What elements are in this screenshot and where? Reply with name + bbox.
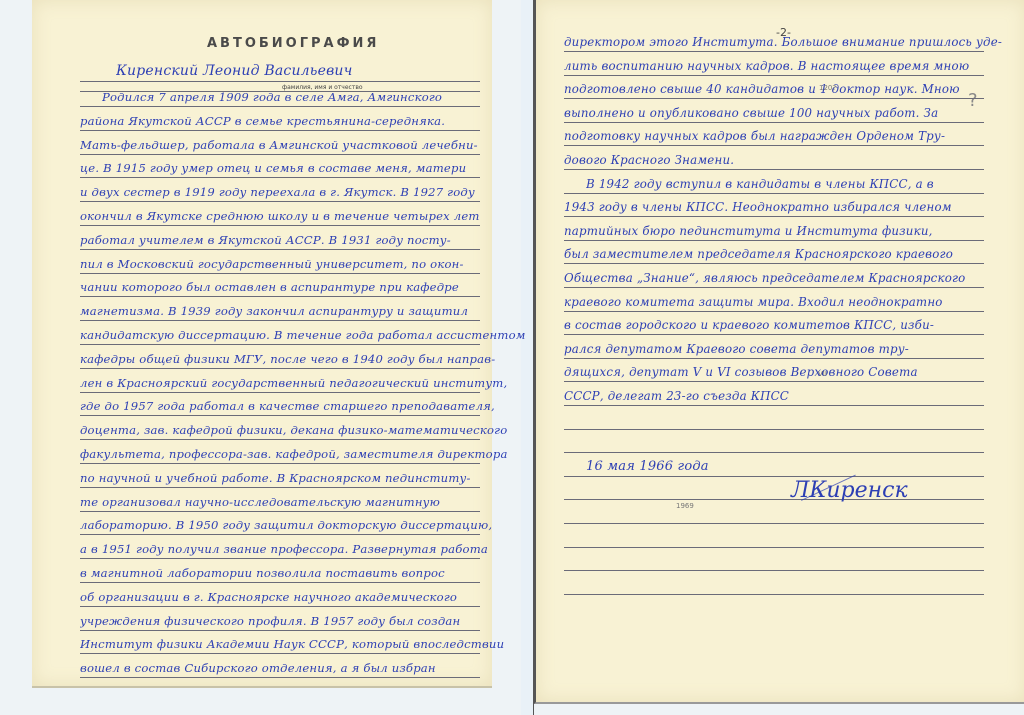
ruled-line: магнетизма. В 1939 году закончил аспиран… bbox=[80, 297, 480, 321]
handwritten-line: кандидатскую диссертацию. В течение года… bbox=[80, 328, 526, 342]
pencil-annotation-year: 1969 bbox=[676, 502, 694, 510]
handwritten-line: работал учителем в Якутской АССР. В 1931… bbox=[80, 233, 451, 247]
ruled-line: вошел в состав Сибирского отделения, а я… bbox=[80, 654, 480, 678]
handwritten-line: Родился 7 апреля 1909 года в селе Амга, … bbox=[102, 90, 442, 104]
handwritten-line: рался депутатом Краевого совета депутато… bbox=[564, 342, 909, 356]
ruled-line: факультета, профессора-зав. кафедрой, за… bbox=[80, 440, 480, 464]
ruled-line: и двух сестер в 1919 году переехала в г.… bbox=[80, 178, 480, 202]
handwritten-line: был заместителем председателя Красноярск… bbox=[564, 247, 953, 261]
ruled-line bbox=[564, 476, 984, 500]
handwritten-line: чании которого был оставлен в аспирантур… bbox=[80, 280, 459, 294]
ruled-line: дящихся, депутат V и VI созывов Верховно… bbox=[564, 358, 984, 382]
ruled-line: был заместителем председателя Красноярск… bbox=[564, 240, 984, 264]
ruled-line: СССР, делегат 23-го съезда КПСС bbox=[564, 382, 984, 406]
handwritten-line: а в 1951 году получил звание профессора.… bbox=[80, 542, 488, 556]
ruled-line: выполнено и опубликовано свыше 100 научн… bbox=[564, 99, 984, 123]
ruled-line: Мать-фельдшер, работала в Амгинской учас… bbox=[80, 131, 480, 155]
handwritten-line: выполнено и опубликовано свыше 100 научн… bbox=[564, 106, 938, 120]
handwritten-line: где до 1957 года работал в качестве стар… bbox=[80, 399, 495, 413]
ruled-line: 1943 году в члены КПСС. Неоднократно изб… bbox=[564, 193, 984, 217]
handwritten-line: магнетизма. В 1939 году закончил аспиран… bbox=[80, 304, 468, 318]
handwritten-line: В 1942 году вступил в кандидаты в члены … bbox=[586, 177, 934, 191]
ruled-line: Родился 7 апреля 1909 года в селе Амга, … bbox=[80, 83, 480, 107]
ruled-line: 16 мая 1966 года bbox=[564, 453, 984, 477]
ruled-line: Общества „Знание“, являюсь председателем… bbox=[564, 264, 984, 288]
pencil-annotation-count: 120? bbox=[819, 84, 836, 92]
ruled-line: по научной и учебной работе. В Красноярс… bbox=[80, 464, 480, 488]
ruled-line: Институт физики Академии Наук СССР, кото… bbox=[80, 630, 480, 654]
ruled-line: пил в Московский государственный универс… bbox=[80, 250, 480, 274]
ruled-line: окончил в Якутске среднюю школу и в тече… bbox=[80, 202, 480, 226]
handwritten-line: окончил в Якутске среднюю школу и в тече… bbox=[80, 209, 480, 223]
handwritten-line: це. В 1915 году умер отец и семья в сост… bbox=[80, 161, 466, 175]
handwritten-line: те организовал научно-исследовательскую … bbox=[80, 495, 440, 509]
handwritten-line: подготовку научных кадров был награжден … bbox=[564, 129, 945, 143]
ruled-line: в состав городского и краевого комитетов… bbox=[564, 311, 984, 335]
ruled-line: В 1942 году вступил в кандидаты в члены … bbox=[564, 170, 984, 194]
handwritten-line: Общества „Знание“, являюсь председателем… bbox=[564, 271, 966, 285]
ruled-line: лить воспитанию научных кадров. В настоя… bbox=[564, 52, 984, 76]
ruled-line bbox=[564, 547, 984, 571]
handwritten-line: лить воспитанию научных кадров. В настоя… bbox=[564, 59, 969, 73]
handwritten-line: партийных бюро пединститута и Института … bbox=[564, 224, 933, 238]
ruled-line: партийных бюро пединститута и Института … bbox=[564, 217, 984, 241]
ruled-line bbox=[564, 429, 984, 453]
ruled-line: директором этого Института. Большое вним… bbox=[564, 28, 984, 52]
handwritten-line: учреждения физического профиля. В 1957 г… bbox=[80, 614, 460, 628]
ruled-line: те организовал научно-исследовательскую … bbox=[80, 488, 480, 512]
autobiography-page-2: -2- ? директором этого Института. Большо… bbox=[534, 0, 1024, 704]
handwritten-line: краевого комитета защиты мира. Входил не… bbox=[564, 295, 943, 309]
handwritten-line: об организации в г. Красноярске научного… bbox=[80, 590, 457, 604]
handwritten-line: Мать-фельдшер, работала в Амгинской учас… bbox=[80, 138, 478, 152]
handwritten-line: Институт физики Академии Наук СССР, кото… bbox=[80, 637, 504, 651]
handwritten-line: вошел в состав Сибирского отделения, а я… bbox=[80, 661, 436, 675]
handwritten-line: директором этого Института. Большое вним… bbox=[564, 35, 1002, 49]
ruled-line: краевого комитета защиты мира. Входил не… bbox=[564, 288, 984, 312]
ruled-line bbox=[564, 524, 984, 548]
handwritten-line: лен в Красноярский государственный педаг… bbox=[80, 376, 507, 390]
ruled-line: це. В 1915 году умер отец и семья в сост… bbox=[80, 154, 480, 178]
handwritten-line: дящихся, депутат V и VI созывов Верховно… bbox=[564, 365, 918, 379]
handwritten-line: дового Красного Знамени. bbox=[564, 153, 734, 167]
ruled-line: чании которого был оставлен в аспирантур… bbox=[80, 273, 480, 297]
ruled-line: где до 1957 года работал в качестве стар… bbox=[80, 392, 480, 416]
handwritten-line: подготовлено свыше 40 кандидатов и 1 док… bbox=[564, 82, 960, 96]
ruled-line: лен в Красноярский государственный педаг… bbox=[80, 369, 480, 393]
ruled-line: рался депутатом Краевого совета депутато… bbox=[564, 335, 984, 359]
ruled-line bbox=[564, 571, 984, 595]
ruled-line: района Якутской АССР в семье крестьянина… bbox=[80, 107, 480, 131]
ruled-line: лабораторию. В 1950 году защитил докторс… bbox=[80, 511, 480, 535]
handwritten-line: в состав городского и краевого комитетов… bbox=[564, 318, 934, 332]
document-title: АВТОБИОГРАФИЯ bbox=[207, 36, 379, 51]
handwritten-line: в магнитной лаборатории позволила постав… bbox=[80, 566, 445, 580]
handwritten-line: СССР, делегат 23-го съезда КПСС bbox=[564, 389, 789, 403]
handwritten-line: доцента, зав. кафедрой физики, декана фи… bbox=[80, 423, 507, 437]
page-gap bbox=[521, 0, 534, 715]
ruled-line: в магнитной лаборатории позволила постав… bbox=[80, 559, 480, 583]
handwritten-line: и двух сестер в 1919 году переехала в г.… bbox=[80, 185, 475, 199]
handwritten-line: пил в Московский государственный универс… bbox=[80, 257, 464, 271]
ruled-line: а в 1951 году получил звание профессора.… bbox=[80, 535, 480, 559]
ruled-line: подготовлено свыше 40 кандидатов и 1 док… bbox=[564, 75, 984, 99]
handwritten-line: по научной и учебной работе. В Красноярс… bbox=[80, 471, 471, 485]
signature-date: 16 мая 1966 года bbox=[586, 459, 709, 474]
handwritten-line: лабораторию. В 1950 году защитил докторс… bbox=[80, 518, 492, 532]
ruled-line: учреждения физического профиля. В 1957 г… bbox=[80, 607, 480, 631]
ruled-line bbox=[564, 406, 984, 430]
ruled-line: кандидатскую диссертацию. В течение года… bbox=[80, 321, 480, 345]
ruled-line: дового Красного Знамени. bbox=[564, 146, 984, 170]
ruled-line: об организации в г. Красноярске научного… bbox=[80, 583, 480, 607]
ruled-line bbox=[564, 500, 984, 524]
ruled-line: кафедры общей физики МГУ, после чего в 1… bbox=[80, 345, 480, 369]
handwritten-line: факультета, профессора-зав. кафедрой, за… bbox=[80, 447, 508, 461]
pencil-annotation-convocation: VII bbox=[818, 370, 827, 378]
autobiography-page-1: АВТОБИОГРАФИЯ Киренский Леонид Васильеви… bbox=[32, 0, 492, 688]
ruled-line: подготовку научных кадров был награжден … bbox=[564, 122, 984, 146]
handwritten-line: 1943 году в члены КПСС. Неоднократно изб… bbox=[564, 200, 952, 214]
handwritten-line: кафедры общей физики МГУ, после чего в 1… bbox=[80, 352, 495, 366]
handwritten-line: района Якутской АССР в семье крестьянина… bbox=[80, 114, 445, 128]
ruled-line: доцента, зав. кафедрой физики, декана фи… bbox=[80, 416, 480, 440]
ruled-line: работал учителем в Якутской АССР. В 1931… bbox=[80, 226, 480, 250]
